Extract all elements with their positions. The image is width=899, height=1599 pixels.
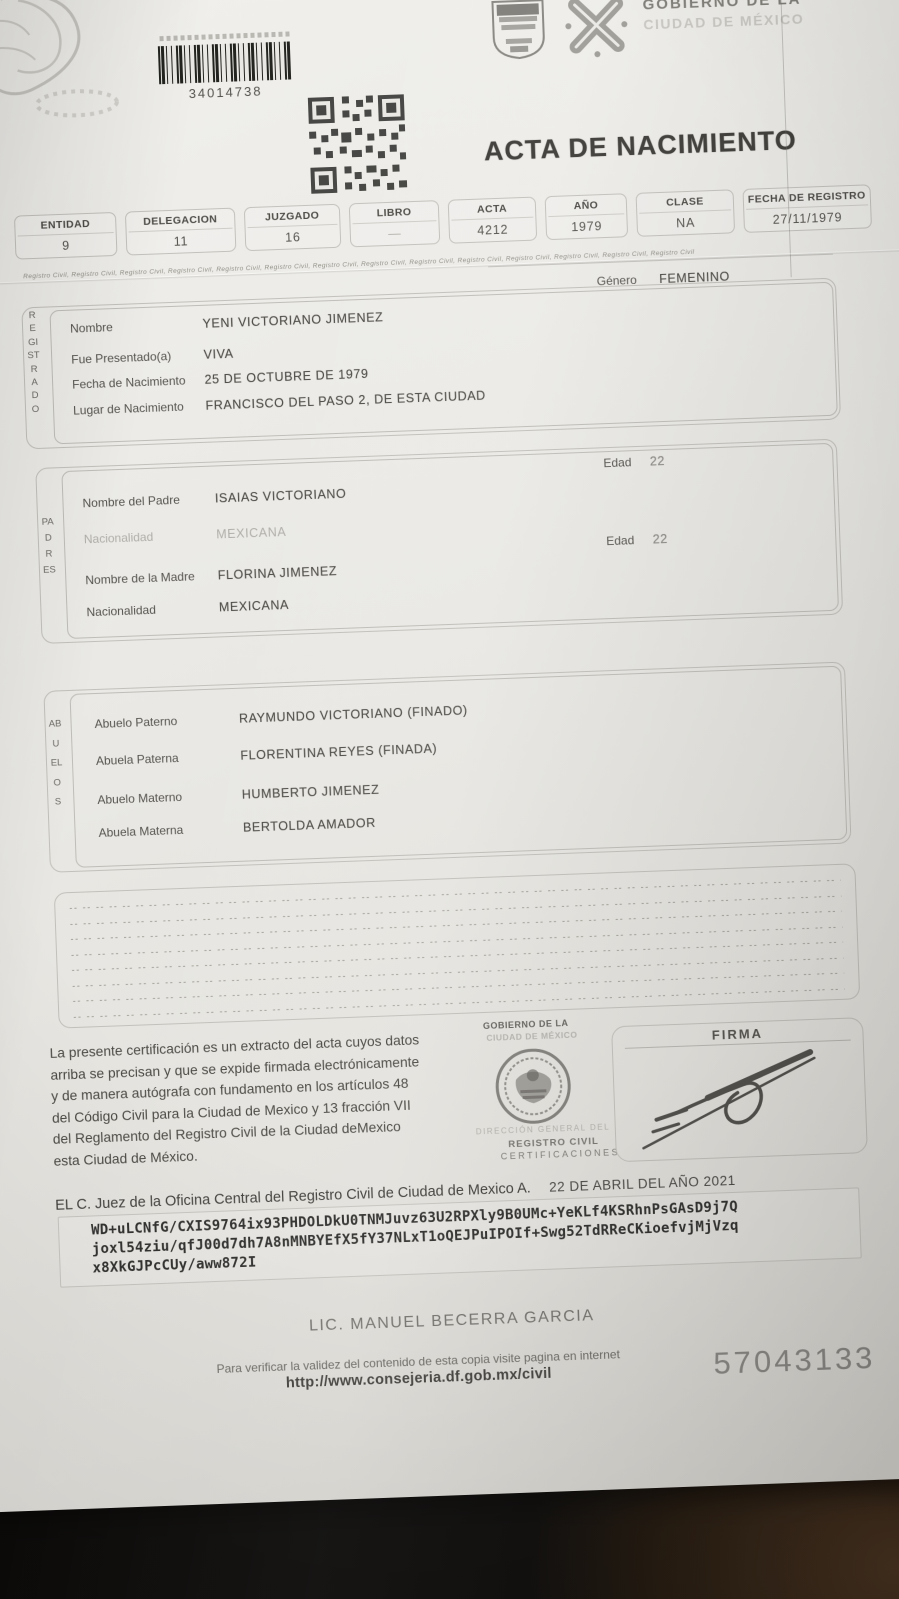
row-label: Nombre de la Madre (85, 569, 213, 588)
row-label: Abuelo Materno (97, 788, 237, 807)
mother-age-row: Edad 22 (606, 530, 668, 550)
field-juzgado: JUZGADO 16 (244, 204, 342, 251)
judge-date: 22 DE ABRIL DEL AÑO 2021 (549, 1173, 736, 1195)
field-value: NA (639, 210, 732, 231)
field-delegacion: DELEGACION 11 (125, 208, 237, 256)
field-value: 16 (248, 225, 339, 246)
row-label: Lugar de Nacimiento (73, 399, 201, 418)
field-value: 11 (129, 229, 234, 251)
row-value: BERTOLDA AMADOR (243, 816, 376, 835)
row-label: Nacionalidad (86, 601, 214, 620)
official-name: LIC. MANUEL BECERRA GARCIA (167, 1302, 737, 1341)
row-label: Nacionalidad (84, 528, 212, 547)
row-label: Abuelo Paterno (94, 712, 234, 731)
padres-side-label: PADRES (41, 514, 56, 578)
stamp-gov-line2: CIUDAD DE MÉXICO (486, 1030, 577, 1043)
row-label: Nombre del Padre (82, 492, 210, 511)
certification-paragraph: La presente certificación es un extracto… (49, 1026, 523, 1172)
barcode (158, 41, 291, 84)
row-label: Abuela Paterna (96, 749, 236, 768)
age-value: 22 (652, 532, 668, 547)
cdmx-logo-icon (560, 0, 632, 61)
field-value: 4212 (451, 218, 534, 239)
field-fecha-registro: FECHA DE REGISTRO 27/11/1979 (742, 184, 871, 233)
row-value: FLORINA JIMENEZ (217, 564, 337, 582)
field-value: 1979 (548, 214, 625, 235)
row-value: MEXICANA (216, 525, 287, 542)
row-value: HUMBERTO JIMENEZ (242, 783, 380, 802)
folio-number: 57043133 (713, 1340, 876, 1382)
cdmx-shield-icon (486, 0, 550, 62)
handwritten-signature (618, 1040, 862, 1157)
field-entidad: ENTIDAD 9 (14, 212, 118, 260)
certificate-paper: 34014738 (0, 0, 899, 1513)
row-value: VIVA (203, 347, 233, 362)
row-value: MEXICANA (219, 598, 290, 615)
field-value: 9 (18, 233, 115, 255)
row-label: Fecha de Nacimiento (72, 373, 200, 392)
row-label: Abuela Materna (98, 821, 238, 840)
field-clase: CLASE NA (636, 189, 736, 237)
father-age-row: Edad 22 (603, 452, 665, 472)
filler-dashes-box: -- -- -- -- -- -- -- -- -- -- -- -- -- -… (54, 863, 860, 1028)
row-label: Fue Presentado(a) (71, 348, 199, 367)
age-label: Edad (606, 533, 635, 548)
qr-code-icon (308, 94, 407, 193)
registro-civil-seal-icon (491, 1044, 576, 1129)
row-value: ISAIAS VICTORIANO (215, 487, 347, 506)
field-acta: ACTA 4212 (448, 197, 538, 244)
field-anio: AÑO 1979 (545, 193, 629, 240)
stamp-gov-line1: GOBIERNO DE LA (483, 1018, 569, 1031)
field-value: — (352, 221, 437, 242)
age-value: 22 (650, 454, 666, 469)
field-value: 27/11/1979 (746, 205, 868, 227)
age-label: Edad (603, 455, 632, 470)
field-libro: LIBRO — (349, 200, 441, 247)
document-title: ACTA DE NACIMIENTO (483, 124, 829, 168)
row-label: Nombre (70, 317, 198, 336)
photo-frame: 34014738 (0, 0, 899, 1599)
firma-box: FIRMA (611, 1017, 868, 1162)
